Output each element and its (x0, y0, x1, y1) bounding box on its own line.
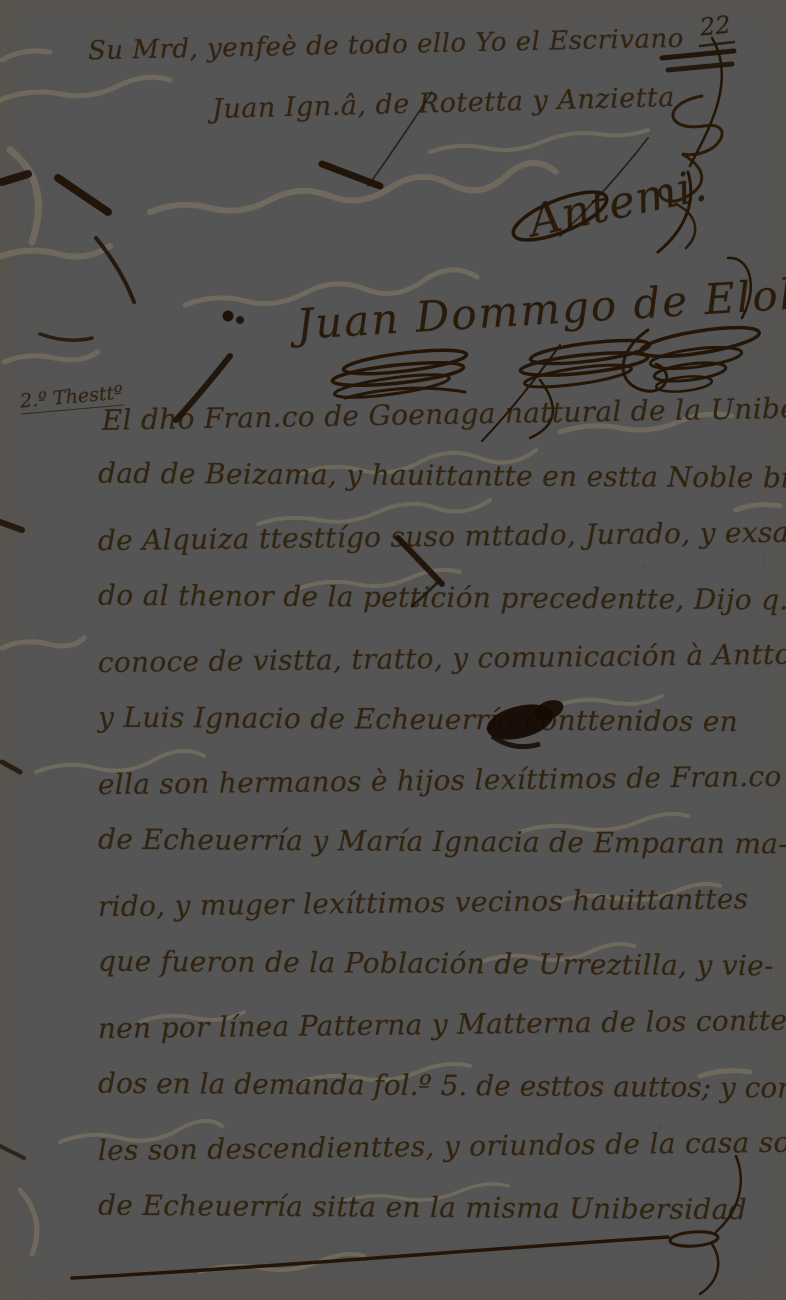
body-line: conoce de vistta, tratto, y comunicación… (98, 638, 775, 707)
body-line: rido, y muger lexíttimos vecinos hauitta… (98, 882, 775, 951)
body-line: que fueron de la Población de Urreztilla… (98, 945, 774, 1011)
body-line: nen por línea Patterna y Matterna de los… (98, 1004, 775, 1073)
folio-number: 22 (699, 10, 732, 41)
body-line: de Echeuerría y María Ignacia de Emparan… (98, 823, 774, 889)
body-line: de Alquiza ttesttígo suso mttado, Jurado… (98, 516, 775, 585)
body-line: do al thenor de la pettición precedentte… (98, 579, 774, 645)
ante-mi-attestation: Antemi. (525, 160, 712, 247)
signature-juan-domingo-de-elola: Juan Dommgo de Elola (295, 268, 786, 349)
body-line: de Echeuerría sitta en la misma Unibersi… (98, 1189, 774, 1255)
manuscript-page: 22 Su Mrd, yenfeè de todo ello Yo el Esc… (0, 0, 786, 1300)
closing-line-2: Juan Ign.â, de Rotetta y Anzietta (212, 82, 676, 125)
body-line: ella son hermanos è hijos lexíttimos de … (98, 760, 775, 829)
body-line: dad de Beizama, y hauittantte en estta N… (98, 457, 774, 523)
body-line: El dho Fran.co de Goenaga nattural de la… (102, 392, 779, 465)
body-line: y Luis Ignacio de Echeuerría conttenidos… (98, 701, 774, 767)
testimony-body: El dho Fran.co de Goenaga nattural de la… (98, 398, 774, 1252)
closing-line-1: Su Mrd, yenfeè de todo ello Yo el Escriv… (88, 24, 684, 66)
body-line: les son descendienttes, y oriundos de la… (98, 1126, 775, 1195)
body-line: dos en la demanda fol.º 5. de esttos aut… (98, 1067, 774, 1133)
